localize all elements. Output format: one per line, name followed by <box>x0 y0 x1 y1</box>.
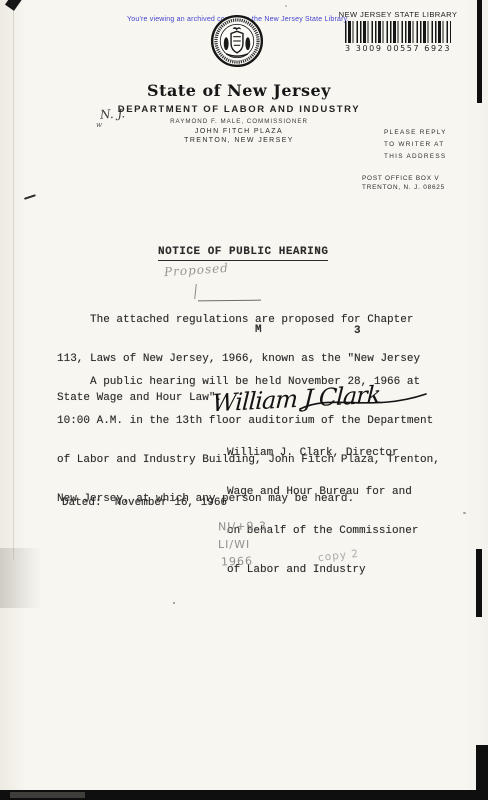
scan-speck <box>463 512 466 514</box>
commissioner-line: RAYMOND F. MALE, COMMISSIONER <box>0 118 478 125</box>
po-box-line: POST OFFICE BOX V <box>362 174 445 183</box>
reply-note-line: TO WRITER AT <box>384 139 447 151</box>
signature-line: of Labor and Industry <box>227 564 418 577</box>
pencil-call-number-2: LI/WI <box>218 538 250 551</box>
scan-fold-line <box>13 0 14 560</box>
margin-pen-dash <box>24 194 36 200</box>
scan-speck <box>285 5 287 7</box>
signature-line: William J. Clark, Director <box>227 447 418 460</box>
reply-note: PLEASE REPLY TO WRITER AT THIS ADDRESS <box>384 127 447 163</box>
scan-bottom-bar-patch <box>10 792 85 798</box>
scan-edge-bar <box>477 0 482 103</box>
library-stamp: NEW JERSEY STATE LIBRARY 3 3009 00557 69… <box>336 10 460 53</box>
barcode-number: 3 3009 00557 6923 <box>336 44 460 53</box>
library-stamp-title: NEW JERSEY STATE LIBRARY <box>336 10 460 19</box>
handwritten-insert-word: Proposed <box>164 261 230 279</box>
po-box-line: TRENTON, N. J. 08625 <box>362 183 445 192</box>
barcode-icon <box>345 21 451 43</box>
pencil-call-number-3: 1966 <box>221 554 253 568</box>
po-box-address: POST OFFICE BOX V TRENTON, N. J. 08625 <box>362 174 445 192</box>
scan-corner-mark <box>5 0 22 11</box>
typewriter-overstrike-m: M <box>255 324 262 337</box>
state-name-heading: State of New Jersey <box>0 81 478 100</box>
scanned-document-page: You're viewing an archived copy from the… <box>0 0 488 800</box>
reply-note-line: PLEASE REPLY <box>384 127 447 139</box>
notice-title: NOTICE OF PUBLIC HEARING <box>158 246 328 261</box>
signature-line: Wage and Hour Bureau for and <box>227 486 418 499</box>
scan-smudge <box>0 548 42 608</box>
reply-note-line: THIS ADDRESS <box>384 151 447 163</box>
scan-edge-bar <box>476 549 482 617</box>
typewriter-overstrike-3: 3 <box>354 325 361 338</box>
new-jersey-state-seal-icon <box>210 14 264 68</box>
signature-typed-block: William J. Clark, Director Wage and Hour… <box>227 421 418 603</box>
scan-speck <box>173 602 175 604</box>
pencil-call-number-1: NJ/+9.3 <box>218 520 267 534</box>
department-heading: DEPARTMENT OF LABOR AND INDUSTRY <box>0 104 478 115</box>
dated-line: Dated: November 16, 1966 <box>62 497 227 510</box>
signature-flourish <box>298 389 430 420</box>
